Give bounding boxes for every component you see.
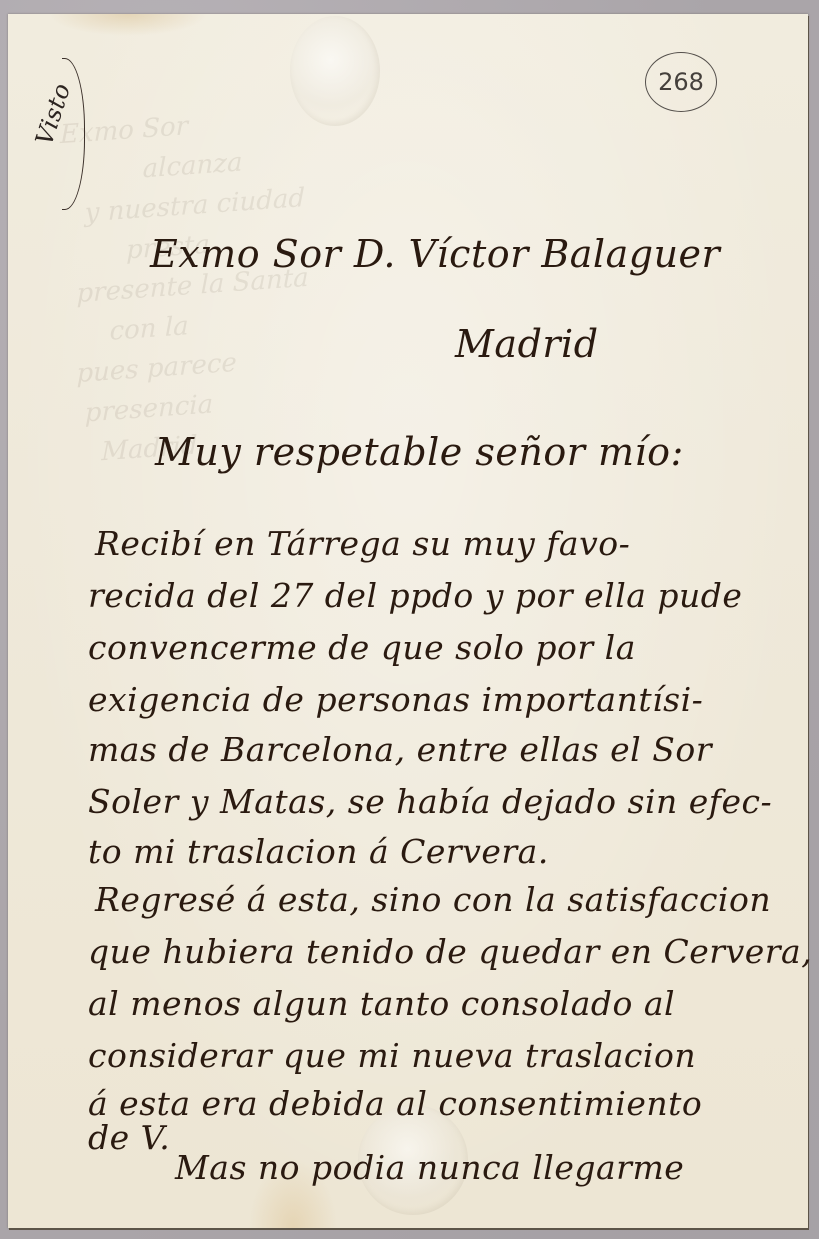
body-line: to mi traslacion á Cervera. — [88, 832, 549, 871]
salutation: Muy respetable señor mío: — [155, 430, 684, 474]
body-line: Recibí en Tárrega su muy favo- — [95, 524, 630, 563]
body-line: Regresé á esta, sino con la satisfaccion — [95, 880, 771, 919]
archive-number-stamp: 268 — [645, 52, 717, 112]
addressee-line: Exmo Sor D. Víctor Balaguer — [150, 232, 720, 276]
embossed-seal-top — [290, 16, 380, 126]
body-line: de V. — [88, 1118, 170, 1157]
body-line: que hubiera tenido de quedar en Cervera, — [88, 932, 812, 971]
body-line: al menos algun tanto consolado al — [88, 984, 675, 1023]
body-line: mas de Barcelona, entre ellas el Sor — [88, 730, 712, 769]
body-line: exigencia de personas importantísi- — [88, 680, 703, 719]
body-line: Mas no podia nunca llegarme — [175, 1148, 684, 1187]
body-line: á esta era debida al consentimiento — [88, 1084, 702, 1123]
place-line: Madrid — [455, 322, 599, 366]
body-line: convencerme de que solo por la — [88, 628, 636, 667]
body-line: Soler y Matas, se había dejado sin efec- — [88, 782, 772, 821]
body-line: recida del 27 del ppdo y por ella pude — [88, 576, 742, 615]
archive-number: 268 — [658, 68, 704, 96]
body-line: considerar que mi nueva traslacion — [88, 1036, 696, 1075]
